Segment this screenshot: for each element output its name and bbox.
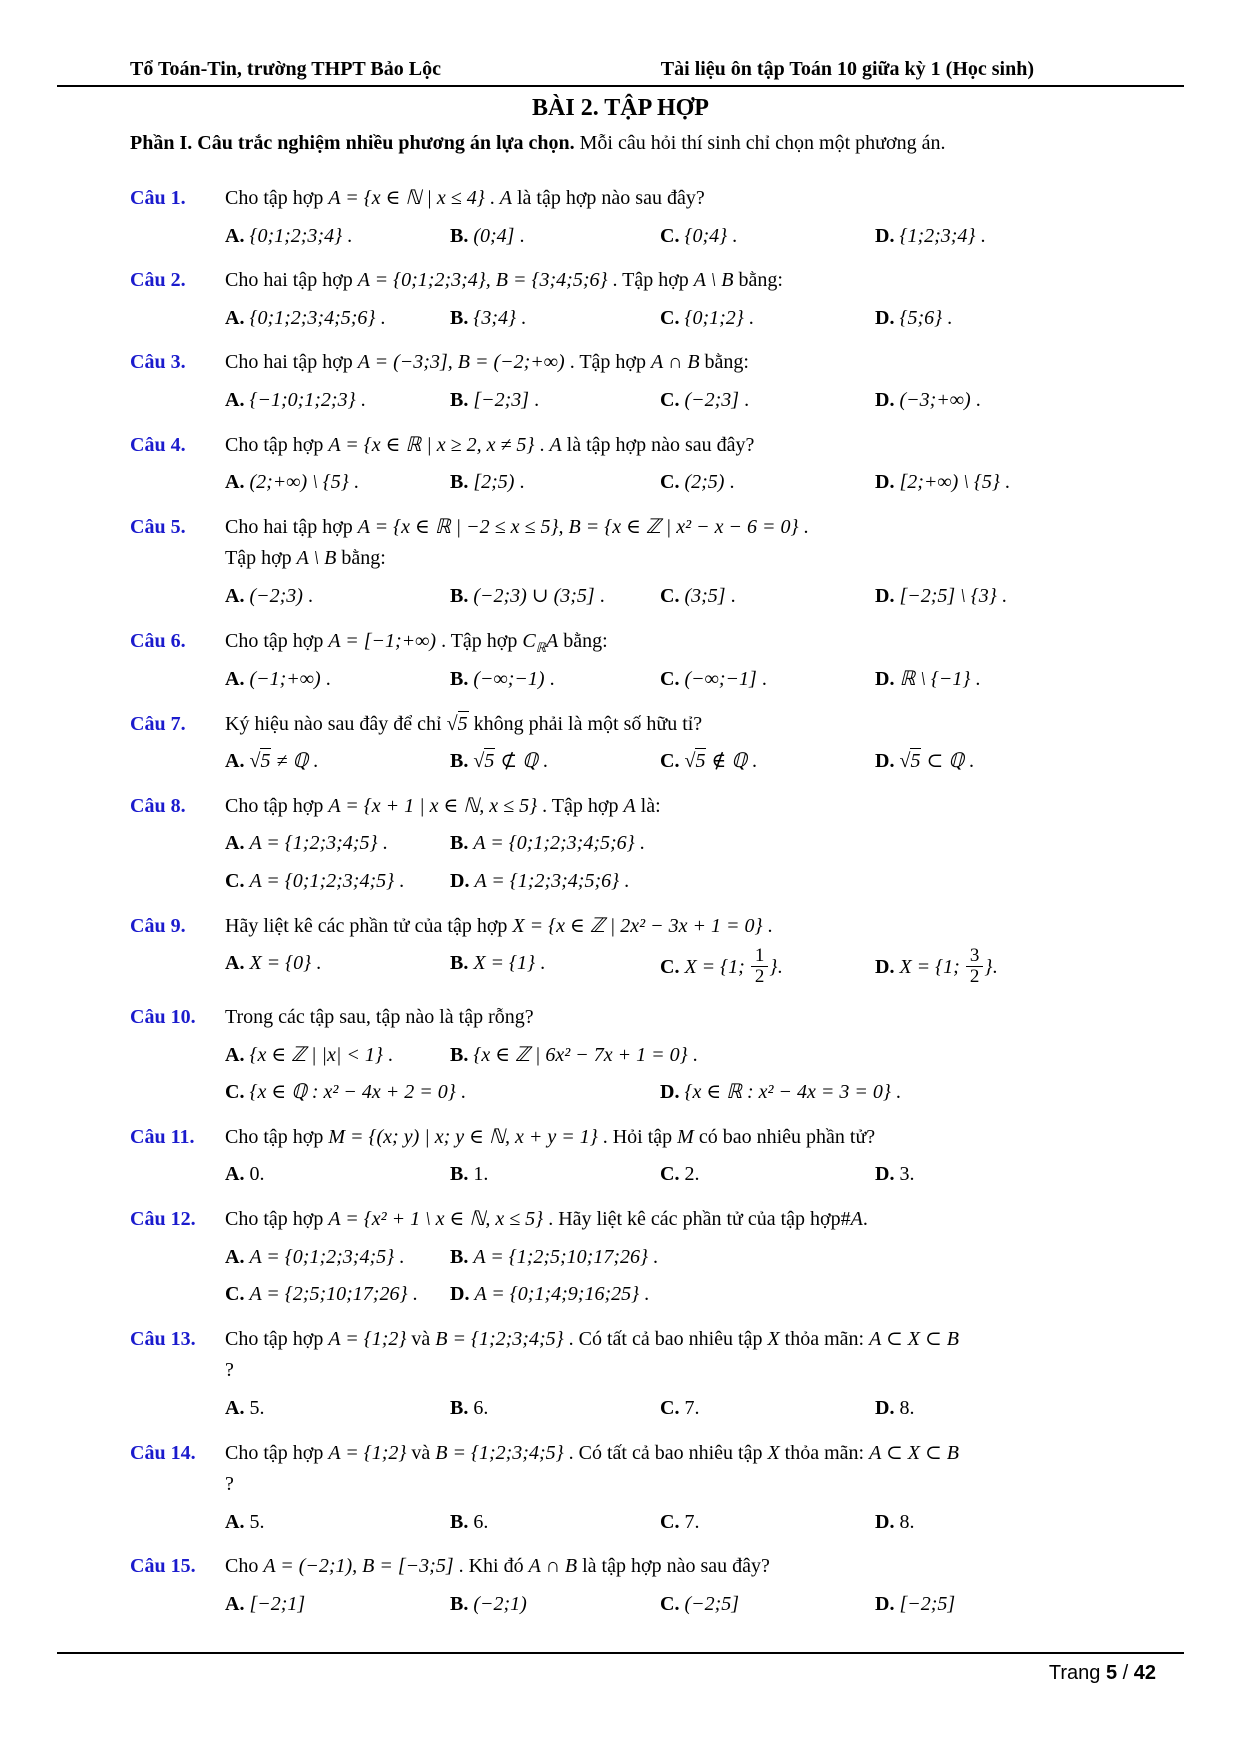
option-key: A.: [225, 1511, 249, 1533]
option-key: A.: [225, 1397, 249, 1419]
subscript: ℝ: [536, 640, 546, 655]
option-a: A. (2;+∞) \ {5} .: [225, 467, 450, 499]
document-page: Tổ Toán-Tin, trường THPT Bảo Lộc Tài liệ…: [0, 0, 1241, 1755]
option-key: A.: [225, 750, 249, 772]
question-body: Cho tập hợp A = {x ∈ ℕ | x ≤ 4} . A là t…: [225, 183, 1139, 254]
option-key: C.: [660, 1397, 684, 1419]
question-number-label: Câu 15.: [130, 1551, 225, 1622]
sqrt-expression: √5: [684, 748, 706, 772]
header-right: Tài liệu ôn tập Toán 10 giữa kỳ 1 (Học s…: [661, 58, 1034, 81]
option-b: B. X = {1} .: [450, 948, 660, 989]
option-c: C. A = {0;1;2;3;4;5} .: [225, 866, 450, 898]
options-row: C. A = {0;1;2;3;4;5} .D. A = {1;2;3;4;5;…: [225, 866, 1139, 898]
question-number-label: Câu 5.: [130, 512, 225, 615]
options-row: A. 5.B. 6.C. 7.D. 8.: [225, 1393, 1139, 1425]
intro-paragraph: Phần I. Câu trắc nghiệm nhiều phương án …: [130, 128, 1139, 159]
question-body: Cho hai tập hợp A = {x ∈ ℝ | −2 ≤ x ≤ 5}…: [225, 512, 1139, 615]
option-key: C.: [660, 389, 684, 411]
question-body: Trong các tập sau, tập nào là tập rỗng?A…: [225, 1002, 1139, 1111]
option-d: D. A = {1;2;3;4;5;6} .: [450, 866, 1139, 898]
question-body: Cho tập hợp M = {(x; y) | x; y ∈ ℕ, x + …: [225, 1122, 1139, 1193]
question-text: Cho A = (−2;1), B = [−3;5] . Khi đó A ∩ …: [225, 1551, 1139, 1583]
option-a: A. √5 ≠ ℚ .: [225, 746, 450, 778]
option-a: A. {x ∈ ℤ | |x| < 1} .: [225, 1040, 450, 1072]
question-5: Câu 5.Cho hai tập hợp A = {x ∈ ℝ | −2 ≤ …: [130, 512, 1139, 615]
option-b: B. (−2;3) ∪ (3;5] .: [450, 581, 660, 613]
question-body: Ký hiệu nào sau đây để chỉ √5 không phải…: [225, 709, 1139, 780]
option-d: D. 8.: [875, 1393, 1139, 1425]
options-row: A. 0.B. 1.C. 2.D. 3.: [225, 1159, 1139, 1191]
option-a: A. {−1;0;1;2;3} .: [225, 385, 450, 417]
question-body: Cho tập hợp A = {1;2} và B = {1;2;3;4;5}…: [225, 1324, 1139, 1427]
option-key: B.: [450, 952, 473, 974]
option-key: D.: [875, 668, 899, 690]
option-b: B. √5 ⊄ ℚ .: [450, 746, 660, 778]
option-d: D. 8.: [875, 1507, 1139, 1539]
option-c: C. (3;5] .: [660, 581, 875, 613]
options-row: A. {x ∈ ℤ | |x| < 1} .B. {x ∈ ℤ | 6x² − …: [225, 1040, 1139, 1072]
question-text: Cho tập hợp A = [−1;+∞) . Tập hợp CℝA bằ…: [225, 626, 1139, 659]
fraction: 12: [751, 946, 769, 987]
header-rule: [57, 85, 1184, 87]
option-key: B.: [450, 585, 473, 607]
option-key: C.: [660, 471, 684, 493]
intro-normal-text: Mỗi câu hỏi thí sinh chỉ chọn một phương…: [575, 132, 946, 154]
question-number-label: Câu 13.: [130, 1324, 225, 1427]
option-key: D.: [875, 471, 899, 493]
option-a: A. 5.: [225, 1393, 450, 1425]
question-4: Câu 4.Cho tập hợp A = {x ∈ ℝ | x ≥ 2, x …: [130, 430, 1139, 501]
option-b: B. {3;4} .: [450, 303, 660, 335]
option-a: A. (−1;+∞) .: [225, 664, 450, 696]
option-c: C. (2;5) .: [660, 467, 875, 499]
option-key: C.: [660, 668, 684, 690]
option-key: B.: [450, 307, 473, 329]
question-11: Câu 11.Cho tập hợp M = {(x; y) | x; y ∈ …: [130, 1122, 1139, 1193]
option-key: A.: [225, 668, 249, 690]
question-text: Cho tập hợp M = {(x; y) | x; y ∈ ℕ, x + …: [225, 1122, 1139, 1154]
option-b: B. 6.: [450, 1507, 660, 1539]
option-key: B.: [450, 1397, 473, 1419]
option-key: B.: [450, 1246, 473, 1268]
option-d: D. √5 ⊂ ℚ .: [875, 746, 1139, 778]
option-key: D.: [875, 307, 899, 329]
option-key: C.: [660, 750, 684, 772]
option-key: B.: [450, 750, 473, 772]
option-key: D.: [875, 225, 899, 247]
option-c: C. {0;1;2} .: [660, 303, 875, 335]
option-b: B. 6.: [450, 1393, 660, 1425]
page-number: Trang 5 / 42: [57, 1662, 1156, 1685]
question-8: Câu 8.Cho tập hợp A = {x + 1 | x ∈ ℕ, x …: [130, 791, 1139, 900]
option-b: B. A = {1;2;5;10;17;26} .: [450, 1242, 1139, 1274]
option-key: D.: [875, 956, 899, 978]
question-body: Cho tập hợp A = [−1;+∞) . Tập hợp CℝA bằ…: [225, 626, 1139, 698]
option-a: A. (−2;3) .: [225, 581, 450, 613]
options-row: A. [−2;1]B. (−2;1)C. (−2;5]D. [−2;5]: [225, 1589, 1139, 1621]
option-b: B. (−∞;−1) .: [450, 664, 660, 696]
sqrt-expression: √5: [447, 711, 469, 735]
question-text: Cho tập hợp A = {1;2} và B = {1;2;3;4;5}…: [225, 1438, 1139, 1501]
question-10: Câu 10.Trong các tập sau, tập nào là tập…: [130, 1002, 1139, 1111]
page-title: BÀI 2. TẬP HỢP: [57, 95, 1184, 122]
footer-label: Trang: [1049, 1662, 1106, 1684]
question-text: Cho tập hợp A = {x ∈ ℝ | x ≥ 2, x ≠ 5} .…: [225, 430, 1139, 462]
question-number-label: Câu 9.: [130, 911, 225, 991]
option-a: A. X = {0} .: [225, 948, 450, 989]
option-key: C.: [660, 956, 684, 978]
option-a: A. A = {0;1;2;3;4;5} .: [225, 1242, 450, 1274]
question-text: Trong các tập sau, tập nào là tập rỗng?: [225, 1002, 1139, 1034]
option-key: B.: [450, 1593, 473, 1615]
option-d: D. X = {1; 32}.: [875, 948, 1139, 989]
option-b: B. 1.: [450, 1159, 660, 1191]
options-row: A. A = {0;1;2;3;4;5} .B. A = {1;2;5;10;1…: [225, 1242, 1139, 1274]
option-key: D.: [875, 1511, 899, 1533]
option-b: B. [−2;3] .: [450, 385, 660, 417]
option-key: B.: [450, 1163, 473, 1185]
footer-rule: [57, 1652, 1184, 1654]
option-b: B. A = {0;1;2;3;4;5;6} .: [450, 828, 1139, 860]
question-1: Câu 1.Cho tập hợp A = {x ∈ ℕ | x ≤ 4} . …: [130, 183, 1139, 254]
option-d: D. [−2;5] \ {3} .: [875, 581, 1139, 613]
options-row: A. (2;+∞) \ {5} .B. [2;5) .C. (2;5) .D. …: [225, 467, 1139, 499]
option-key: C.: [660, 1163, 684, 1185]
option-key: C.: [660, 307, 684, 329]
question-number-label: Câu 3.: [130, 347, 225, 418]
option-b: B. {x ∈ ℤ | 6x² − 7x + 1 = 0} .: [450, 1040, 1139, 1072]
option-key: A.: [225, 832, 249, 854]
option-a: A. A = {1;2;3;4;5} .: [225, 828, 450, 860]
question-number-label: Câu 2.: [130, 265, 225, 336]
option-d: D. [−2;5]: [875, 1589, 1139, 1621]
option-key: C.: [660, 585, 684, 607]
option-key: D.: [875, 1593, 899, 1615]
options-row: C. {x ∈ ℚ : x² − 4x + 2 = 0} .D. {x ∈ ℝ …: [225, 1077, 1139, 1109]
page-header: Tổ Toán-Tin, trường THPT Bảo Lộc Tài liệ…: [130, 58, 1034, 81]
options-row: A. {−1;0;1;2;3} .B. [−2;3] .C. (−2;3] .D…: [225, 385, 1139, 417]
question-text: Hãy liệt kê các phần tử của tập hợp X = …: [225, 911, 1139, 943]
option-d: D. ℝ \ {−1} .: [875, 664, 1139, 696]
question-body: Hãy liệt kê các phần tử của tập hợp X = …: [225, 911, 1139, 991]
option-c: C. (−2;5]: [660, 1589, 875, 1621]
question-7: Câu 7.Ký hiệu nào sau đây để chỉ √5 khôn…: [130, 709, 1139, 780]
option-c: C. {0;4} .: [660, 221, 875, 253]
question-3: Câu 3.Cho hai tập hợp A = (−3;3], B = (−…: [130, 347, 1139, 418]
option-b: B. (−2;1): [450, 1589, 660, 1621]
sqrt-expression: √5: [249, 748, 271, 772]
page-footer: Trang 5 / 42: [0, 1652, 1241, 1685]
option-key: B.: [450, 1511, 473, 1533]
option-d: D. (−3;+∞) .: [875, 385, 1139, 417]
option-key: D.: [450, 870, 474, 892]
question-number-label: Câu 6.: [130, 626, 225, 698]
options-row: A. (−1;+∞) .B. (−∞;−1) .C. (−∞;−1] .D. ℝ…: [225, 664, 1139, 696]
option-c: C. 7.: [660, 1507, 875, 1539]
option-a: A. {0;1;2;3;4} .: [225, 221, 450, 253]
option-key: A.: [225, 952, 249, 974]
option-key: C.: [225, 1283, 249, 1305]
question-text: Cho hai tập hợp A = {x ∈ ℝ | −2 ≤ x ≤ 5}…: [225, 512, 1139, 575]
option-key: C.: [660, 225, 684, 247]
question-14: Câu 14.Cho tập hợp A = {1;2} và B = {1;2…: [130, 1438, 1139, 1541]
option-key: B.: [450, 1044, 473, 1066]
intro-bold-text: Phần I. Câu trắc nghiệm nhiều phương án …: [130, 132, 575, 154]
option-d: D. 3.: [875, 1159, 1139, 1191]
options-row: C. A = {2;5;10;17;26} .D. A = {0;1;4;9;1…: [225, 1279, 1139, 1311]
option-key: B.: [450, 471, 473, 493]
option-a: A. 0.: [225, 1159, 450, 1191]
question-number-label: Câu 11.: [130, 1122, 225, 1193]
option-a: A. 5.: [225, 1507, 450, 1539]
option-key: D.: [660, 1081, 684, 1103]
option-key: D.: [875, 585, 899, 607]
option-key: B.: [450, 389, 473, 411]
option-key: D.: [875, 1163, 899, 1185]
options-row: A. (−2;3) .B. (−2;3) ∪ (3;5] .C. (3;5] .…: [225, 581, 1139, 613]
option-c: C. 2.: [660, 1159, 875, 1191]
question-text: Ký hiệu nào sau đây để chỉ √5 không phải…: [225, 709, 1139, 741]
option-key: D.: [450, 1283, 474, 1305]
footer-separator: /: [1117, 1662, 1134, 1684]
option-key: B.: [450, 832, 473, 854]
header-left: Tổ Toán-Tin, trường THPT Bảo Lộc: [130, 58, 441, 81]
option-d: D. A = {0;1;4;9;16;25} .: [450, 1279, 1139, 1311]
question-2: Câu 2.Cho hai tập hợp A = {0;1;2;3;4}, B…: [130, 265, 1139, 336]
question-text: Cho tập hợp A = {x + 1 | x ∈ ℕ, x ≤ 5} .…: [225, 791, 1139, 823]
option-key: A.: [225, 307, 249, 329]
question-text: Cho hai tập hợp A = {0;1;2;3;4}, B = {3;…: [225, 265, 1139, 297]
option-c: C. √5 ∉ ℚ .: [660, 746, 875, 778]
option-key: B.: [450, 668, 473, 690]
question-body: Cho A = (−2;1), B = [−3;5] . Khi đó A ∩ …: [225, 1551, 1139, 1622]
option-key: A.: [225, 585, 249, 607]
option-key: A.: [225, 471, 249, 493]
question-number-label: Câu 4.: [130, 430, 225, 501]
option-key: B.: [450, 225, 473, 247]
option-c: C. (−2;3] .: [660, 385, 875, 417]
question-number-label: Câu 7.: [130, 709, 225, 780]
option-a: A. {0;1;2;3;4;5;6} .: [225, 303, 450, 335]
option-key: C.: [660, 1593, 684, 1615]
option-key: A.: [225, 1593, 249, 1615]
question-number-label: Câu 1.: [130, 183, 225, 254]
option-c: C. A = {2;5;10;17;26} .: [225, 1279, 450, 1311]
option-key: D.: [875, 389, 899, 411]
option-d: D. {5;6} .: [875, 303, 1139, 335]
option-d: D. [2;+∞) \ {5} .: [875, 467, 1139, 499]
question-text: Cho hai tập hợp A = (−3;3], B = (−2;+∞) …: [225, 347, 1139, 379]
question-number-label: Câu 14.: [130, 1438, 225, 1541]
question-body: Cho hai tập hợp A = {0;1;2;3;4}, B = {3;…: [225, 265, 1139, 336]
options-row: A. {0;1;2;3;4;5;6} .B. {3;4} .C. {0;1;2}…: [225, 303, 1139, 335]
options-row: A. {0;1;2;3;4} .B. (0;4] .C. {0;4} .D. {…: [225, 221, 1139, 253]
option-d: D. {x ∈ ℝ : x² − 4x = 3 = 0} .: [660, 1077, 1139, 1109]
question-text: Cho tập hợp A = {1;2} và B = {1;2;3;4;5}…: [225, 1324, 1139, 1387]
option-key: A.: [225, 225, 249, 247]
question-number-label: Câu 12.: [130, 1204, 225, 1313]
footer-current-page: 5: [1106, 1662, 1117, 1684]
question-12: Câu 12.Cho tập hợp A = {x² + 1 \ x ∈ ℕ, …: [130, 1204, 1139, 1313]
questions-list: Câu 1.Cho tập hợp A = {x ∈ ℕ | x ≤ 4} . …: [130, 183, 1139, 1623]
option-key: C.: [225, 1081, 249, 1103]
question-body: Cho tập hợp A = {x + 1 | x ∈ ℕ, x ≤ 5} .…: [225, 791, 1139, 900]
options-row: A. X = {0} .B. X = {1} .C. X = {1; 12}.D…: [225, 948, 1139, 989]
option-c: C. 7.: [660, 1393, 875, 1425]
question-15: Câu 15.Cho A = (−2;1), B = [−3;5] . Khi …: [130, 1551, 1139, 1622]
question-number-label: Câu 10.: [130, 1002, 225, 1111]
options-row: A. A = {1;2;3;4;5} .B. A = {0;1;2;3;4;5;…: [225, 828, 1139, 860]
question-13: Câu 13.Cho tập hợp A = {1;2} và B = {1;2…: [130, 1324, 1139, 1427]
option-key: D.: [875, 750, 899, 772]
question-body: Cho hai tập hợp A = (−3;3], B = (−2;+∞) …: [225, 347, 1139, 418]
content-area: Phần I. Câu trắc nghiệm nhiều phương án …: [57, 128, 1184, 1623]
options-row: A. √5 ≠ ℚ .B. √5 ⊄ ℚ .C. √5 ∉ ℚ .D. √5 ⊂…: [225, 746, 1139, 778]
fraction: 32: [966, 946, 984, 987]
footer-total-pages: 42: [1134, 1662, 1156, 1684]
option-b: B. (0;4] .: [450, 221, 660, 253]
question-body: Cho tập hợp A = {x² + 1 \ x ∈ ℕ, x ≤ 5} …: [225, 1204, 1139, 1313]
option-key: D.: [875, 1397, 899, 1419]
option-c: C. {x ∈ ℚ : x² − 4x + 2 = 0} .: [225, 1077, 660, 1109]
option-key: A.: [225, 1246, 249, 1268]
option-key: C.: [225, 870, 249, 892]
question-6: Câu 6.Cho tập hợp A = [−1;+∞) . Tập hợp …: [130, 626, 1139, 698]
sqrt-expression: √5: [899, 748, 921, 772]
question-text: Cho tập hợp A = {x ∈ ℕ | x ≤ 4} . A là t…: [225, 183, 1139, 215]
option-key: C.: [660, 1511, 684, 1533]
question-body: Cho tập hợp A = {x ∈ ℝ | x ≥ 2, x ≠ 5} .…: [225, 430, 1139, 501]
option-c: C. (−∞;−1] .: [660, 664, 875, 696]
option-a: A. [−2;1]: [225, 1589, 450, 1621]
option-d: D. {1;2;3;4} .: [875, 221, 1139, 253]
options-row: A. 5.B. 6.C. 7.D. 8.: [225, 1507, 1139, 1539]
option-b: B. [2;5) .: [450, 467, 660, 499]
question-9: Câu 9.Hãy liệt kê các phần tử của tập hợ…: [130, 911, 1139, 991]
option-key: A.: [225, 1163, 249, 1185]
option-key: A.: [225, 389, 249, 411]
question-text: Cho tập hợp A = {x² + 1 \ x ∈ ℕ, x ≤ 5} …: [225, 1204, 1139, 1236]
option-key: A.: [225, 1044, 249, 1066]
option-c: C. X = {1; 12}.: [660, 948, 875, 989]
sqrt-expression: √5: [473, 748, 495, 772]
question-number-label: Câu 8.: [130, 791, 225, 900]
question-body: Cho tập hợp A = {1;2} và B = {1;2;3;4;5}…: [225, 1438, 1139, 1541]
